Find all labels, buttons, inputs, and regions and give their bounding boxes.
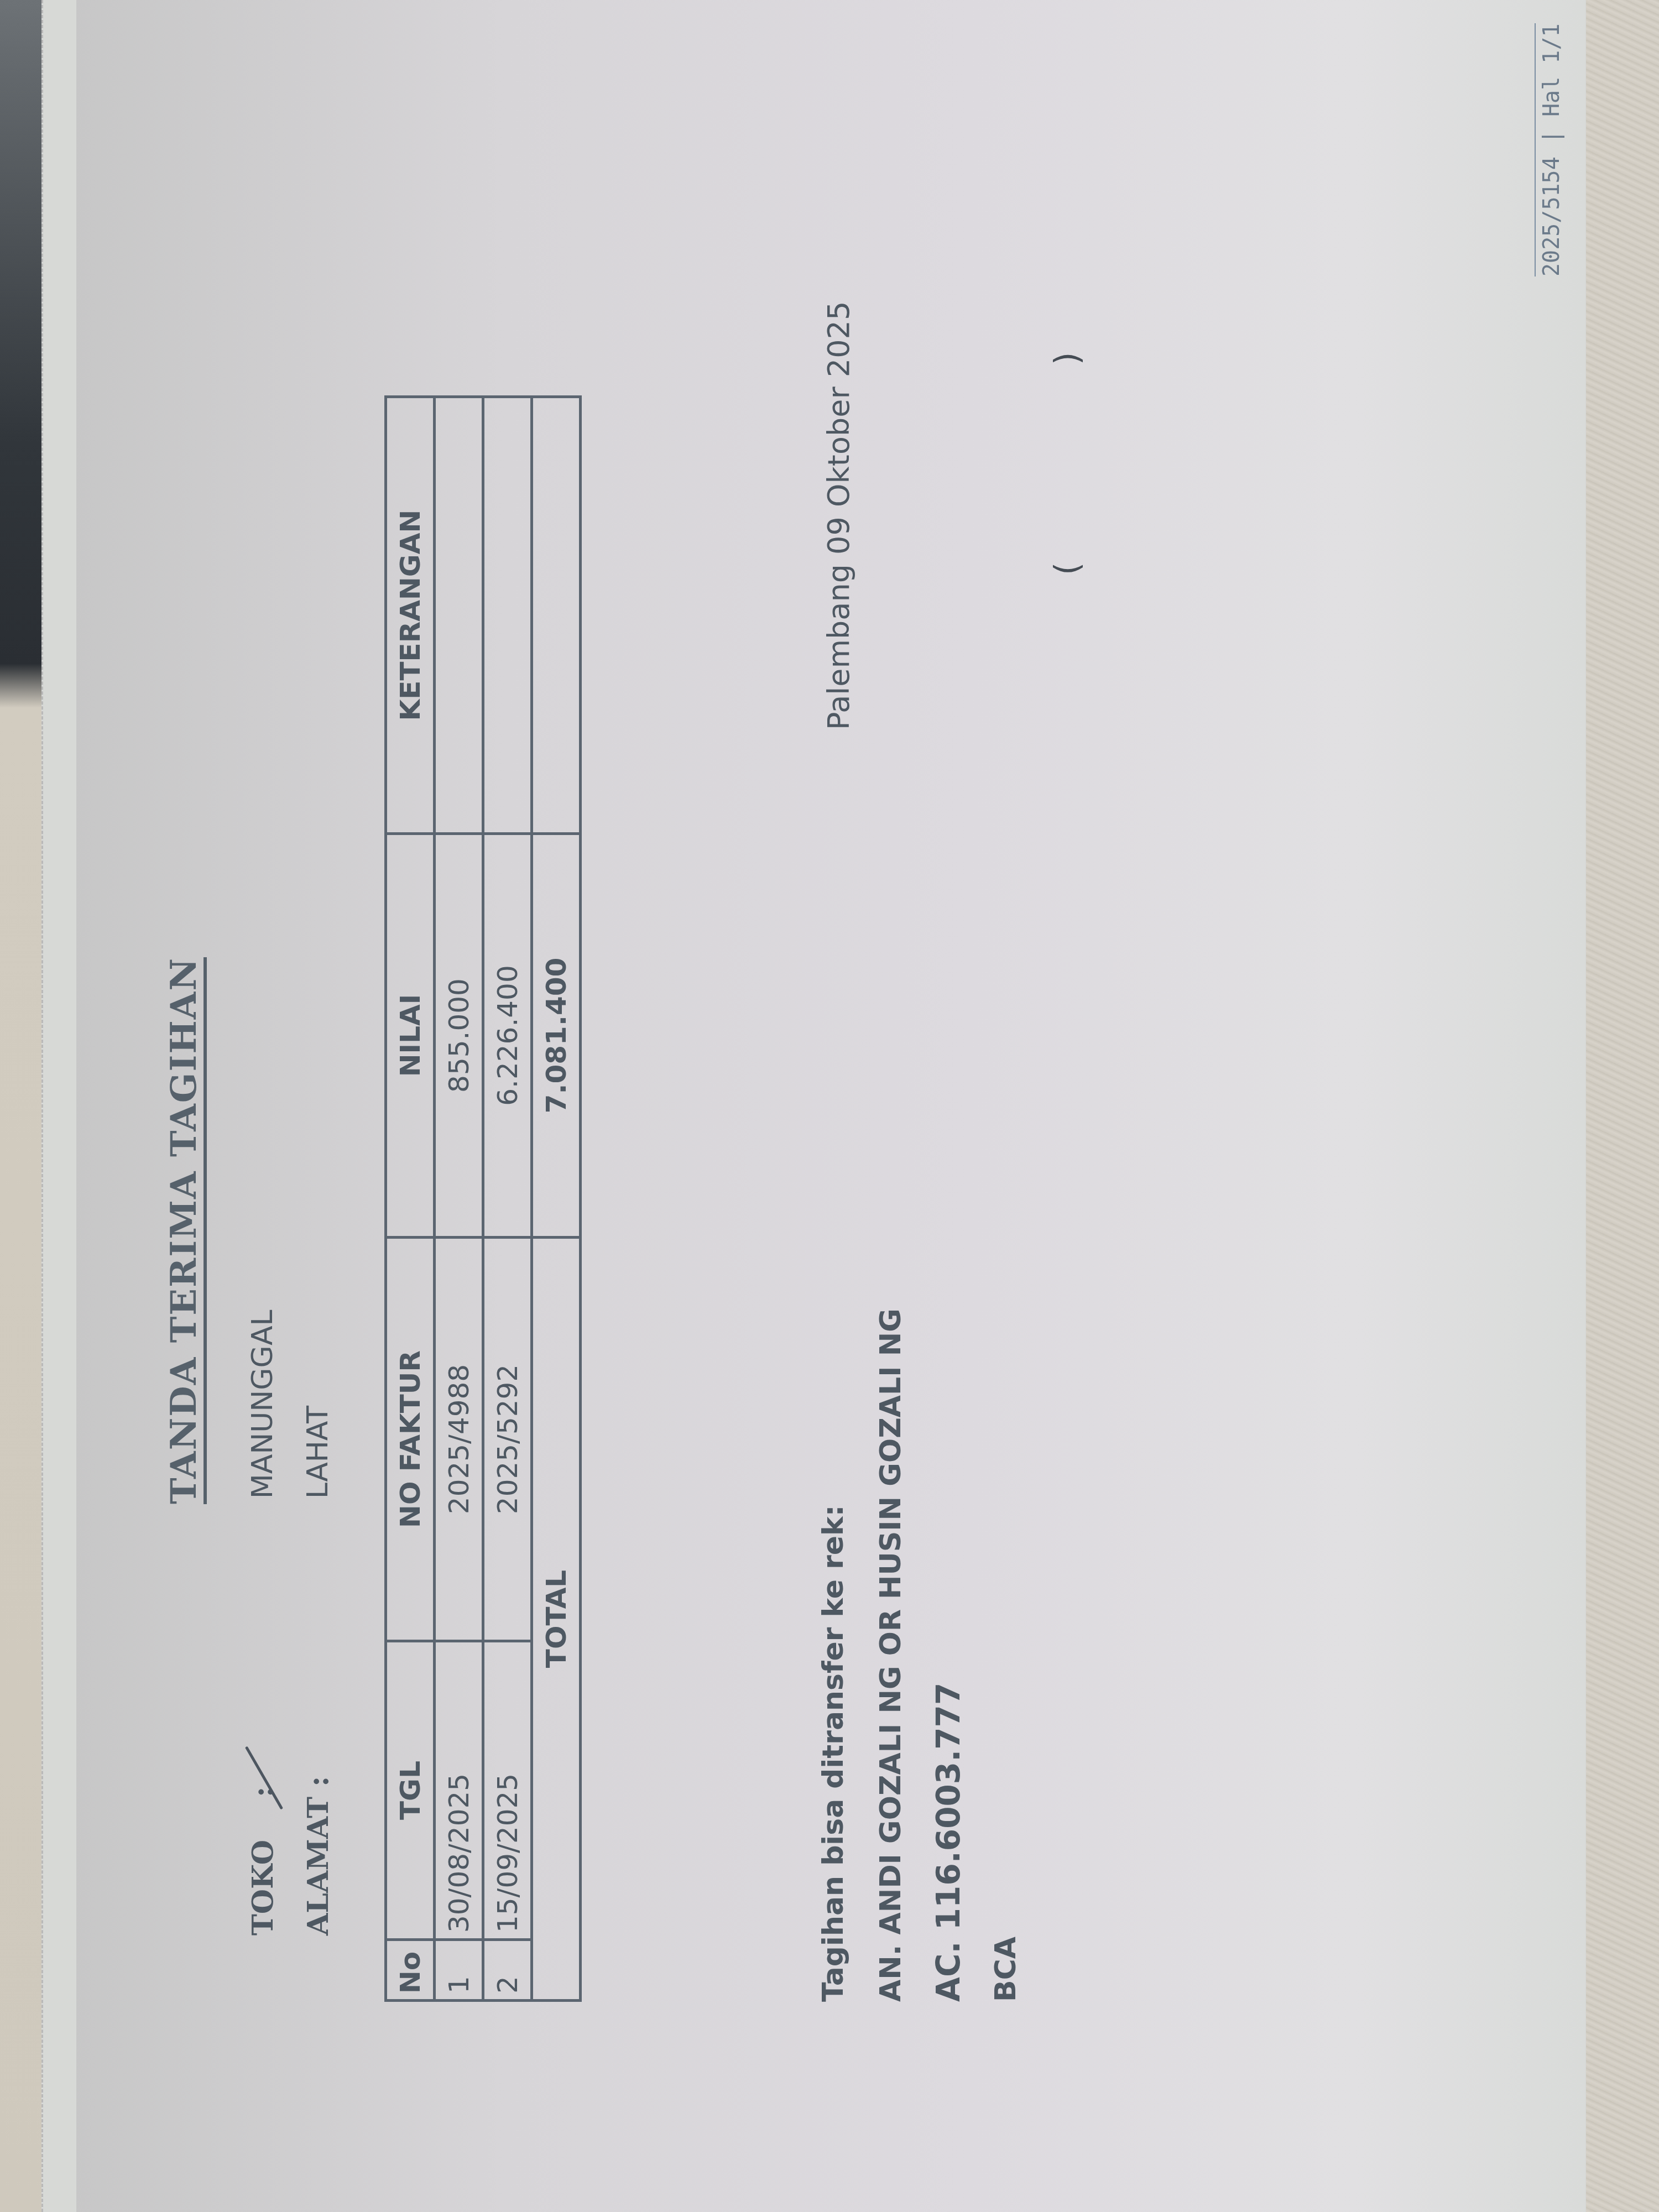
cell-no: 2 bbox=[483, 1940, 532, 2001]
signature-open-paren: ( bbox=[1048, 562, 1087, 575]
payment-account-number: AC. 116.6003.777 bbox=[920, 1308, 977, 2002]
table-row: 1 30/08/2025 2025/4988 855.000 bbox=[435, 397, 483, 2001]
cell-nilai: 6.226.400 bbox=[483, 834, 532, 1238]
place-date: Palembang 09 Oktober 2025 bbox=[821, 301, 856, 730]
cell-no-faktur: 2025/4988 bbox=[435, 1238, 483, 1641]
payment-instructions: Tagihan bisa ditransfer ke rek: AN. ANDI… bbox=[805, 1308, 1035, 2002]
table-row: 2 15/09/2025 2025/5292 6.226.400 bbox=[483, 397, 532, 2001]
payment-account-name: AN. ANDI GOZALI NG OR HUSIN GOZALI NG bbox=[862, 1308, 920, 2002]
table-total-row: TOTAL 7.081.400 bbox=[532, 397, 581, 2001]
total-keterangan bbox=[532, 397, 581, 834]
header-nilai: NILAI bbox=[386, 834, 435, 1238]
header-keterangan: KETERANGAN bbox=[386, 397, 435, 834]
alamat-value: LAHAT bbox=[301, 1406, 335, 1499]
table-header-row: No TGL NO FAKTUR NILAI KETERANGAN bbox=[386, 397, 435, 2001]
payment-bank: BCA bbox=[977, 1308, 1035, 2002]
header-no-faktur: NO FAKTUR bbox=[386, 1238, 435, 1641]
cell-tgl: 15/09/2025 bbox=[483, 1641, 532, 1940]
header-no: No bbox=[386, 1940, 435, 2001]
toko-value: MANUNGGAL bbox=[246, 1310, 279, 1499]
payment-intro: Tagihan bisa ditransfer ke rek: bbox=[805, 1308, 862, 2002]
alamat-label: ALAMAT : bbox=[301, 1776, 335, 1936]
cell-tgl: 30/08/2025 bbox=[435, 1641, 483, 1940]
document-title: TANDA TERIMA TAGIHAN bbox=[163, 957, 205, 1504]
cell-keterangan bbox=[483, 397, 532, 834]
total-label: TOTAL bbox=[532, 1238, 581, 2001]
cell-nilai: 855.000 bbox=[435, 834, 483, 1238]
pen-tick-mark-icon bbox=[245, 1746, 283, 1809]
receipt-document: 2025/5154 | Hal 1/1 TANDA TERIMA TAGIHAN… bbox=[41, 0, 1584, 2212]
toko-label: TOKO bbox=[246, 1840, 280, 1936]
cell-keterangan bbox=[435, 397, 483, 834]
desk-surface-right bbox=[1582, 0, 1659, 2212]
reference-stamp: 2025/5154 | Hal 1/1 bbox=[1535, 23, 1564, 276]
invoice-table: No TGL NO FAKTUR NILAI KETERANGAN 1 30/0… bbox=[384, 395, 582, 2002]
total-value: 7.081.400 bbox=[532, 834, 581, 1238]
cell-no-faktur: 2025/5292 bbox=[483, 1238, 532, 1641]
header-tgl: TGL bbox=[386, 1641, 435, 1940]
signature-close-paren: ) bbox=[1048, 352, 1087, 365]
cell-no: 1 bbox=[435, 1940, 483, 2001]
